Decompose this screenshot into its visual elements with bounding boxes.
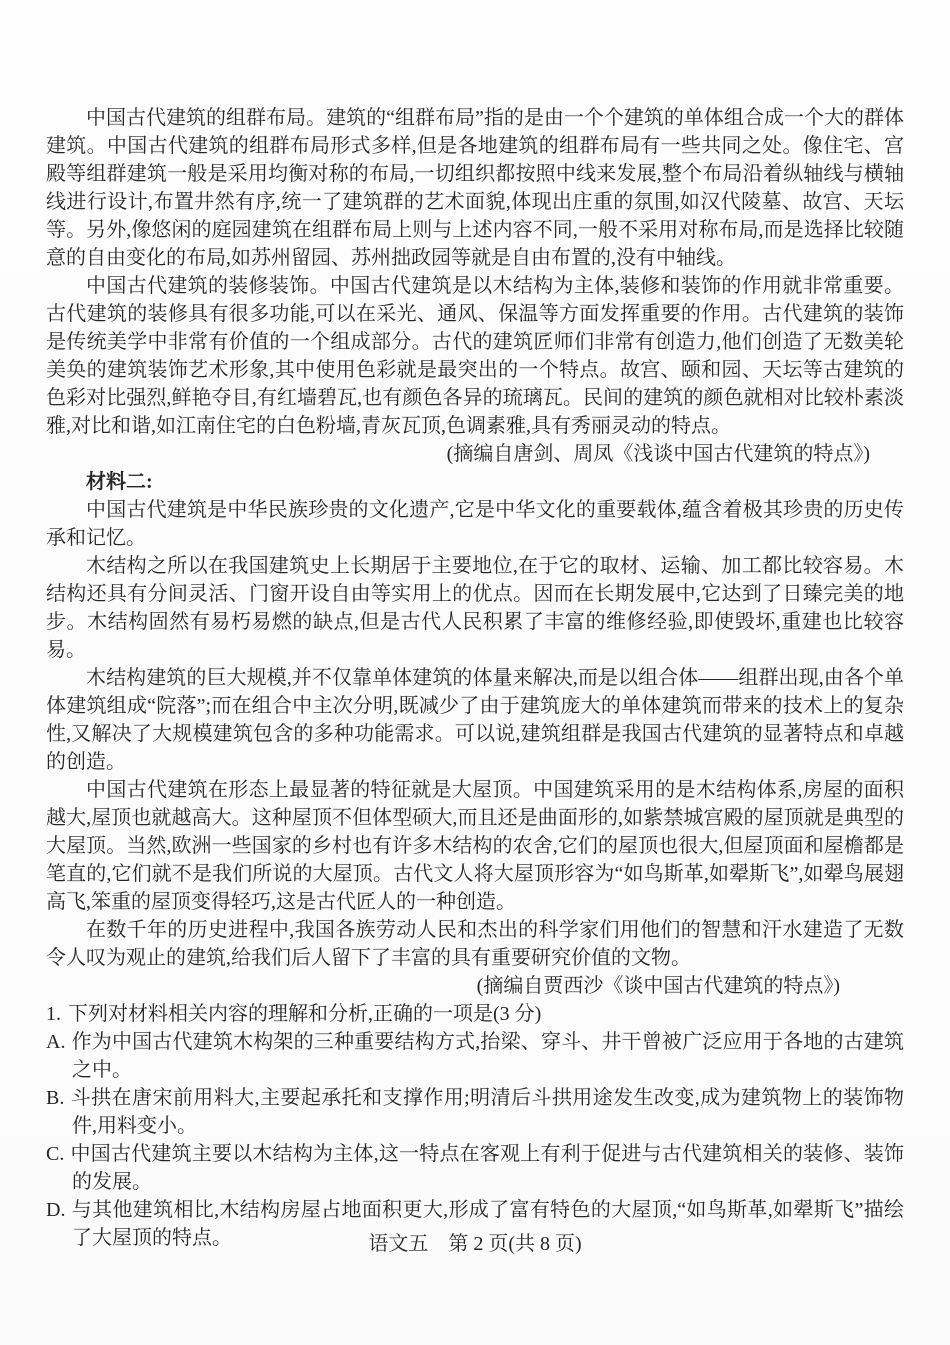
material-two-attribution: (摘编自贾西沙《谈中国古代建筑的特点》) [46,972,904,1000]
material-one-paragraph-2: 中国古代建筑的装修装饰。中国古代建筑是以木结构为主体,装修和装饰的作用就非常重要… [46,272,904,440]
exam-body-text: 中国古代建筑的组群布局。建筑的“组群布局”指的是由一个个建筑的单体组合成一个大的… [46,104,904,1252]
option-b-text: 斗拱在唐宋前用料大,主要起承托和支撑作用;明清后斗拱用途发生改变,成为建筑物上的… [70,1087,904,1137]
option-c-text: 中国古代建筑主要以木结构为主体,这一特点在客观上有利于促进与古代建筑相关的装修、… [70,1143,904,1193]
question-1-stem: 1.下列对材料相关内容的理解和分析,正确的一项是(3 分) [46,1000,904,1028]
material-two-paragraph-3: 木结构建筑的巨大规模,并不仅靠单体建筑的体量来解决,而是以组合体——组群出现,由… [46,664,904,776]
option-d-label: D. [46,1199,71,1221]
material-one-attribution: (摘编自唐剑、周凤《浅谈中国古代建筑的特点》) [46,440,904,468]
option-a-label: A. [46,1031,71,1053]
option-a-text: 作为中国古代建筑木构架的三种重要结构方式,抬梁、穿斗、井干曾被广泛应用于各地的古… [71,1031,904,1081]
question-1-option-c: C.中国古代建筑主要以木结构为主体,这一特点在客观上有利于促进与古代建筑相关的装… [46,1140,904,1196]
material-two-paragraph-4: 中国古代建筑在形态上最显著的特征就是大屋顶。中国建筑采用的是木结构体系,房屋的面… [46,776,904,916]
material-two-paragraph-1: 中国古代建筑是中华民族珍贵的文化遗产,它是中华文化的重要载体,蕴含着极其珍贵的历… [46,496,904,552]
question-1-option-b: B.斗拱在唐宋前用料大,主要起承托和支撑作用;明清后斗拱用途发生改变,成为建筑物… [46,1084,904,1140]
material-two-paragraph-2: 木结构之所以在我国建筑史上长期居于主要地位,在于它的取材、运输、加工都比较容易。… [46,552,904,664]
option-b-label: B. [46,1087,70,1109]
material-one-paragraph-1: 中国古代建筑的组群布局。建筑的“组群布局”指的是由一个个建筑的单体组合成一个大的… [46,104,904,272]
page-footer: 语文五 第 2 页(共 8 页) [0,1230,950,1258]
material-two-paragraph-5: 在数千年的历史进程中,我国各族劳动人民和杰出的科学家们用他们的智慧和汗水建造了无… [46,916,904,972]
option-c-label: C. [46,1143,70,1165]
question-1-number: 1. [46,1003,68,1025]
question-1-stem-text: 下列对材料相关内容的理解和分析,正确的一项是(3 分) [68,1003,541,1025]
question-1-option-a: A.作为中国古代建筑木构架的三种重要结构方式,抬梁、穿斗、井干曾被广泛应用于各地… [46,1028,904,1084]
material-two-heading: 材料二: [46,468,904,496]
exam-scan-page: 中国古代建筑的组群布局。建筑的“组群布局”指的是由一个个建筑的单体组合成一个大的… [0,0,950,1345]
